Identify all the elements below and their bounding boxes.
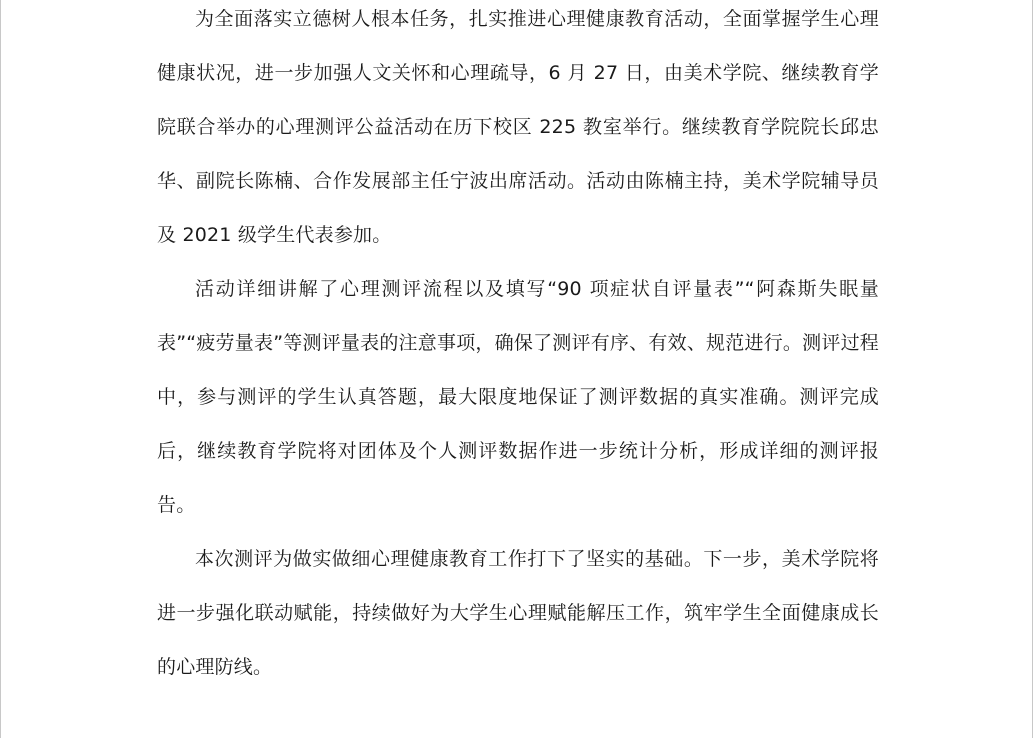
paragraph-conclusion: 本次测评为做实做细心理健康教育工作打下了坚实的基础。下一步，美术学院将进一步强化…	[157, 532, 879, 694]
document-body: 为全面落实立德树人根本任务，扎实推进心理健康教育活动，全面掌握学生心理健康状况，…	[157, 0, 879, 694]
paragraph-assessment-process: 活动详细讲解了心理测评流程以及填写“90 项症状自评量表”“阿森斯失眠量表”“疲…	[157, 262, 879, 532]
paragraph-event-intro: 为全面落实立德树人根本任务，扎实推进心理健康教育活动，全面掌握学生心理健康状况，…	[157, 0, 879, 262]
document-page: 为全面落实立德树人根本任务，扎实推进心理健康教育活动，全面掌握学生心理健康状况，…	[0, 0, 1033, 738]
